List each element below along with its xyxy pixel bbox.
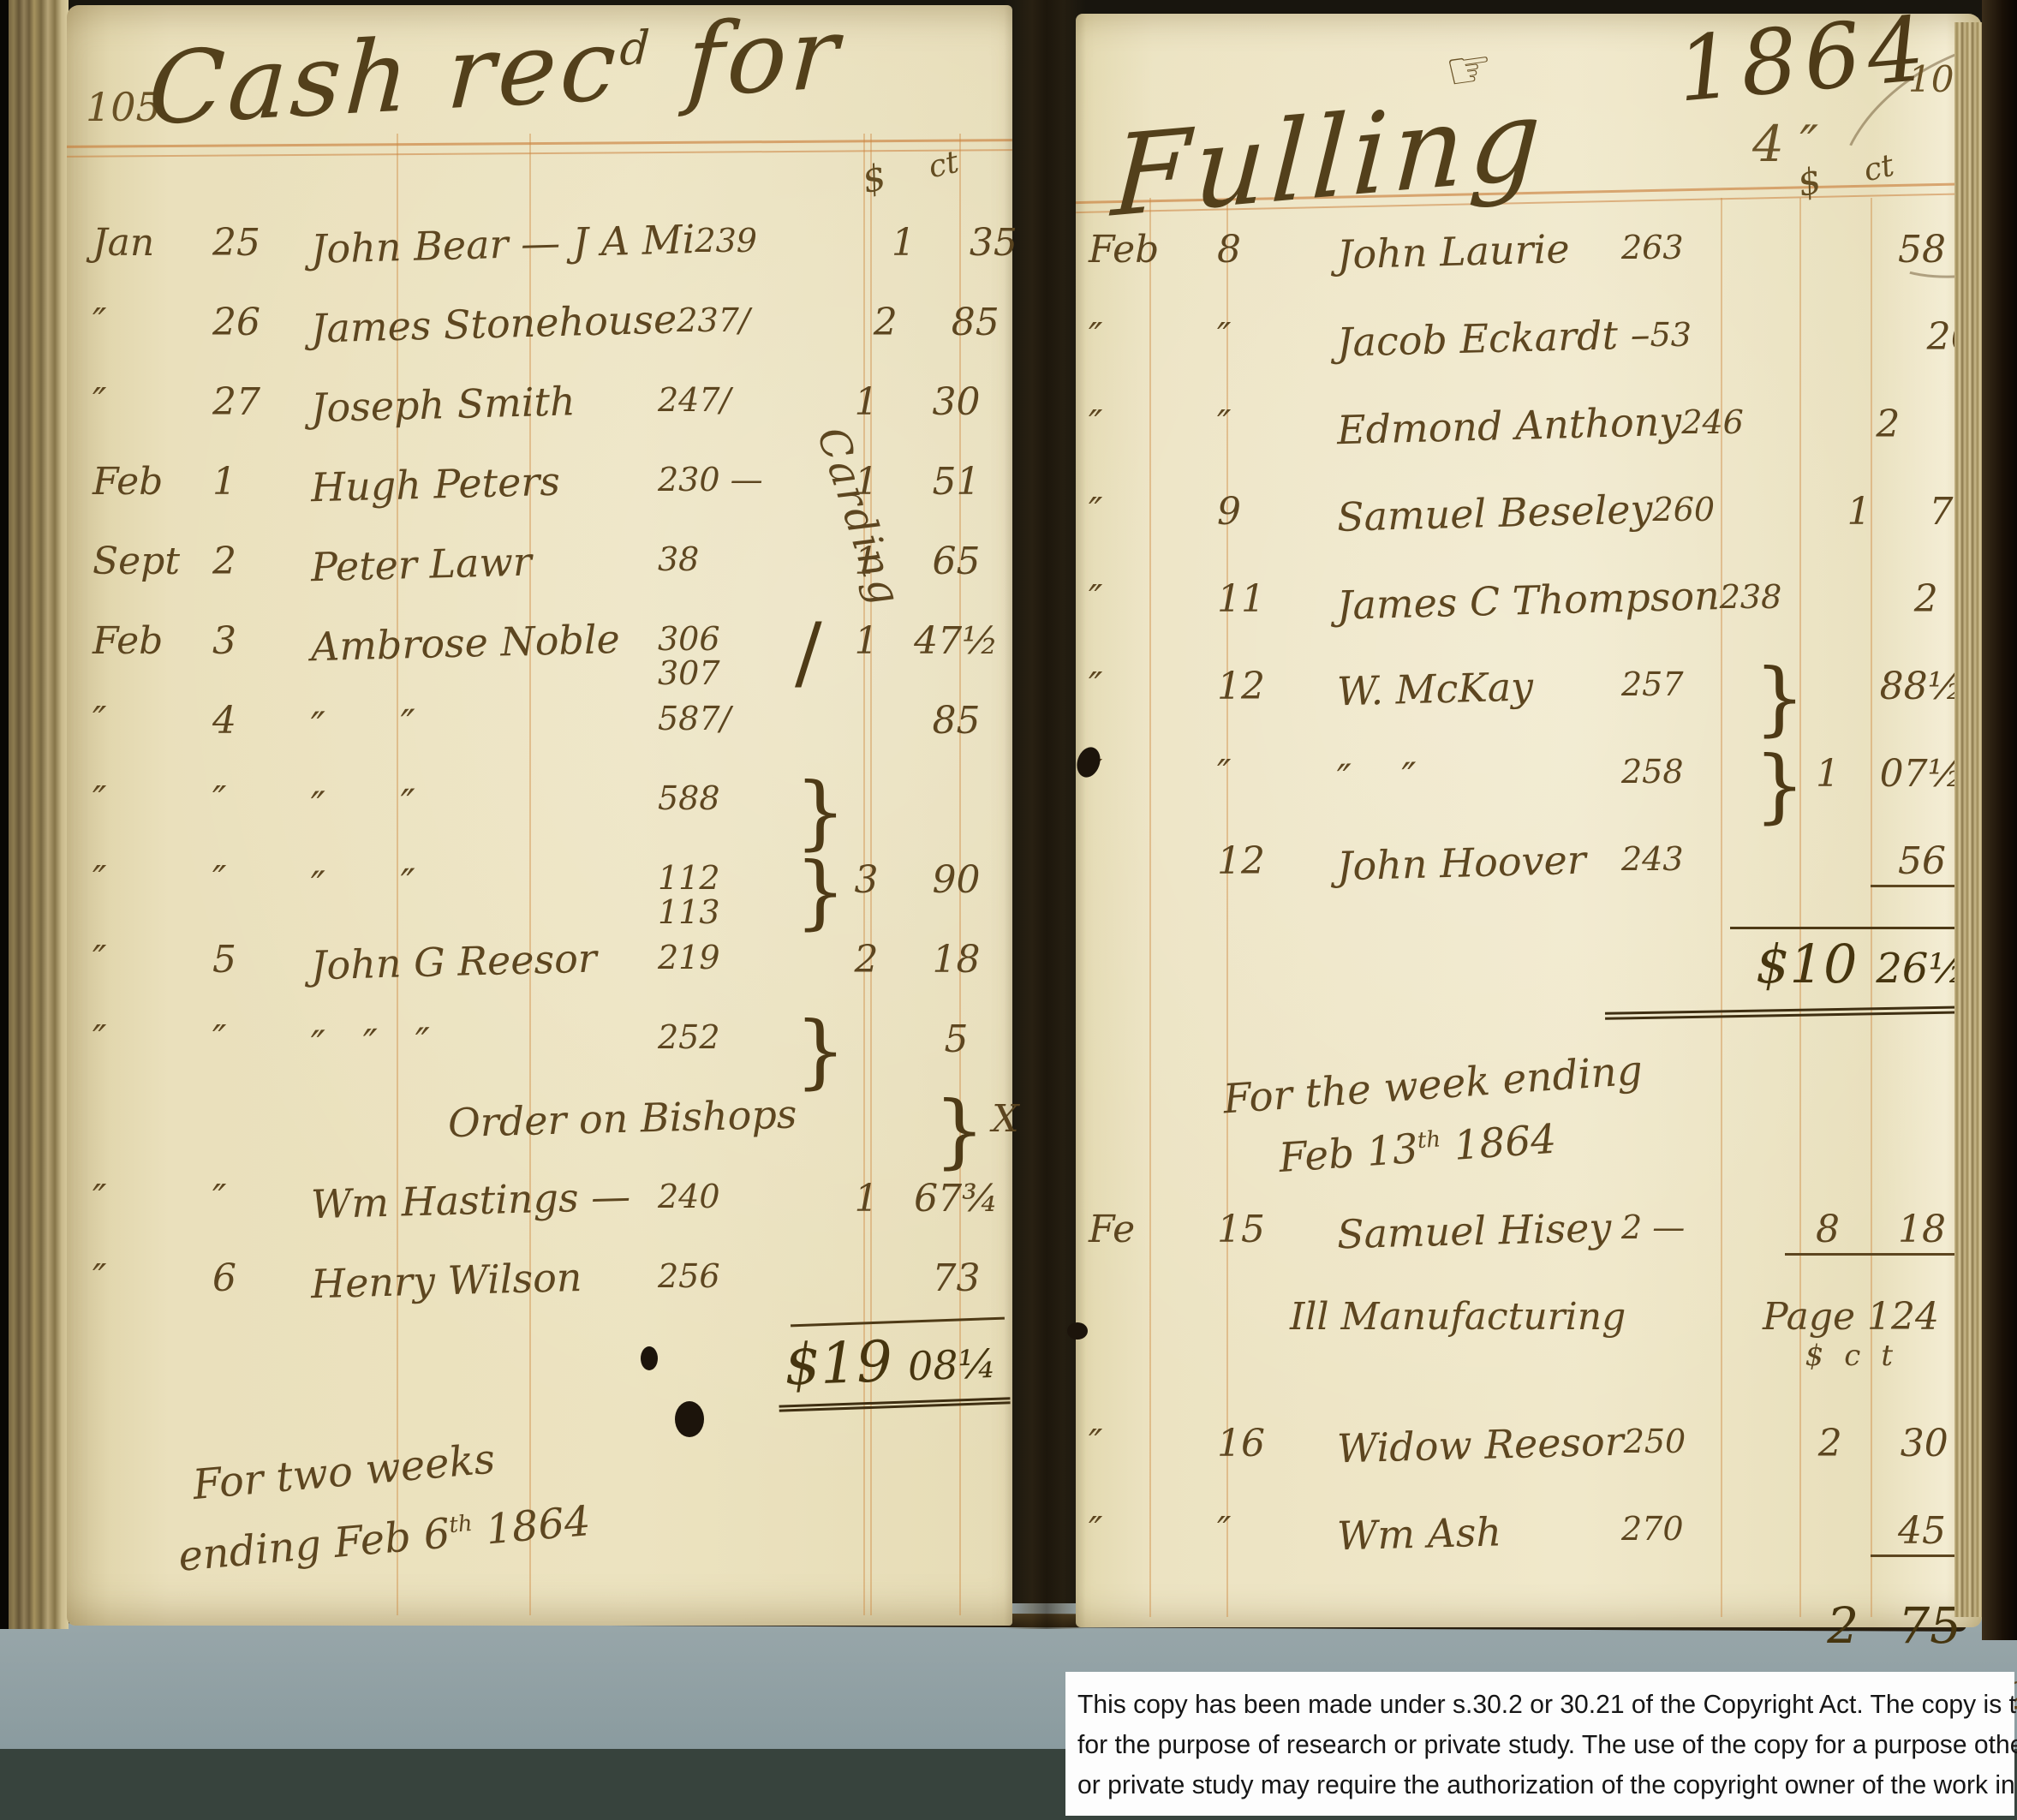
entry-name: John Laurie [1336,224,1621,278]
ledger-row: ″ ″ ″ ″ 112 113 } 3 90 [92,858,1006,938]
ledger-entries-left: Jan 25 John Bear — J A Mi 239 1 35 ″ 26 … [92,221,1006,1336]
subtotal-dollars: 2 [1827,1596,1859,1655]
copyright-line-3: or private study may require the authori… [1077,1764,1978,1805]
entries-week2: ″ 16 Widow Reesor 250 2 30 ″ ″ Wm Ash 27… [1089,1422,1973,1596]
entry-dollars: X [964,1097,1046,1141]
total-left: $19 08¼ [778,1321,1009,1408]
entry-name: Order on Bishops [310,1091,797,1150]
entry-name: John G Reesor [310,934,658,989]
entry-dollars: 1 [862,221,944,265]
entry-lot-number: 270 [1621,1509,1754,1547]
manufacturing-note: Ill Manufacturing Page 124 $ct [1290,1295,1973,1422]
entry-lot-number: 239 [695,221,832,259]
entry-name: James C Thompson [1336,572,1720,629]
entry-day: 5 [212,938,311,982]
entry-day: 26 [212,301,311,344]
entry-dollars: 2 [826,938,907,982]
ledger-scan: 105 Cash recd for $ct Carding Jan 25 Joh… [0,0,2017,1820]
entry-cents: 18 [907,938,1006,982]
total-dollars: $10 [1756,933,1857,995]
entry-day: 12 [1217,665,1337,708]
entry-dollars: 2 [844,301,926,344]
ledger-row: Feb 1 Hugh Peters 230 — 1 51 [92,460,1006,540]
entry-day: ″ [212,1177,311,1220]
entry-name: ″ ″ [310,695,658,750]
entry-name: Wm Ash [1336,1506,1621,1560]
entry-month: Feb [92,460,212,504]
ink-blot [675,1401,704,1437]
ledger-row: ″ 27 Joseph Smith 247/ 1 30 [92,380,1006,460]
entry-lot-number: 306 307 [658,619,795,691]
period-note-left: For two weeks ending Feb 6th 1864 [190,1417,594,1590]
ledger-row: ″ ″ Wm Ash 270 45 [1089,1509,1973,1596]
entry-lot-number: 2 — [1621,1208,1754,1245]
ledger-row: Feb 3 Ambrose Noble 306 307 / 1 47½ [92,619,1006,699]
entry-month: ″ [1089,1422,1217,1465]
entry-name: Samuel Beseley [1336,486,1653,540]
entry-lot-number: 258 [1621,752,1754,790]
entry-day: ″ [1217,752,1337,796]
entry-day: 4 [212,699,311,743]
entry-dollars: 1 [826,1177,907,1220]
page-title-left: Cash recd for [146,0,844,147]
entry-cents: 85 [926,301,1024,344]
entry-month: ″ [92,1177,212,1220]
entry-month: ″ [1089,577,1217,621]
ledger-row: ″ 5 John G Reesor 219 2 18 [92,938,1006,1017]
ledger-row: ″ 26 James Stonehouse 237/ 2 85 [92,301,1006,380]
ledger-row: ″ ″ ″ ″ 588 } [92,779,1006,858]
entry-name: Henry Wilson [310,1252,658,1308]
entry-lot-number: 263 [1621,228,1754,266]
entry-dollars: 2 [1787,1422,1873,1465]
copyright-notice: This copy has been made under s.30.2 or … [1065,1672,2014,1816]
entry-month: ″ [92,301,212,344]
entry-name: ″ ″ [1336,749,1621,803]
ledger-row: ″ ″ Wm Hastings — 240 1 67¾ [92,1177,1006,1256]
entry-cents: 35 [944,221,1042,265]
manufacturing-label: Ill Manufacturing [1290,1295,1626,1339]
entry-month: Feb [1089,228,1217,272]
entry-dollars: 3 [826,858,907,902]
page-title-right: Fulling [1109,73,1549,242]
ledger-row: ″ 4 ″ ″ 587/ 85 [92,699,1006,779]
entry-name: Hugh Peters [310,456,658,511]
entry-lot-number: 53 [1650,315,1783,353]
entry-lot-number: 240 [658,1177,795,1214]
entry-name: John Hoover [1336,836,1621,890]
entry-lot-number: 219 [658,938,795,976]
copyright-line-2: for the purpose of research or private s… [1077,1724,1978,1764]
entry-lot-number: 38 [658,540,795,577]
entry-month: ″ [92,1017,212,1061]
entry-lot-number: 588 [658,779,795,816]
entry-month: ″ [1089,490,1217,534]
entry-day: 25 [212,221,311,265]
copyright-line-1: This copy has been made under s.30.2 or … [1077,1684,1978,1724]
left-page-stack-edge [0,0,69,1629]
ledger-row: Jan 25 John Bear — J A Mi 239 1 35 [92,221,1006,301]
ledger-row: Feb 8 John Laurie 263 58 [1089,228,1973,315]
entry-day: ″ [1217,1509,1337,1553]
week-ending-note: For the week ending Feb 13th 1864 [1221,1017,1978,1221]
entry-day: ″ [212,779,311,822]
entry-cents: 65 [907,540,1006,583]
entry-lot-number: 250 [1624,1422,1757,1459]
book-cover-right [1982,0,2017,1640]
ledger-row: Sept 2 Peter Lawr 38 1 65 [92,540,1006,619]
subtotal-row: 2 75 [1089,1596,1973,1675]
entry-dollars: 1 [826,380,907,424]
entry-brace: } [795,779,826,847]
subtotal-cents: 75 [1898,1596,1961,1655]
ledger-row: ″ ″ Edmond Anthony 246 2 70 [1089,403,1973,490]
ledger-row: ″ 11 James C Thompson 238 2 62½ [1089,577,1973,665]
entry-name: Peter Lawr [310,535,658,591]
entry-month: ″ [1089,752,1217,796]
entry-brace: } [1754,752,1785,820]
entry-day: ″ [1217,315,1337,359]
right-page: ☞ 1864 106 Fulling 4 ″ $ct Feb 8 John La… [1076,14,1982,1627]
entry-day: 16 [1217,1422,1337,1465]
total-cents: 08¼ [907,1340,997,1390]
entry-lot-number: 243 [1621,839,1754,877]
entry-brace: } [795,858,826,927]
entry-day: 12 [1217,839,1337,883]
entry-day: 8 [1217,228,1337,272]
entry-cents: 5 [907,1017,1006,1061]
entries-hisey: Fe 15 Samuel Hisey 2 — 8 18 [1089,1208,1973,1295]
entry-month: Feb [92,619,212,663]
ledger-entries-right: Feb 8 John Laurie 263 58 ″ ″ Jacob Eckar… [1089,228,1973,1763]
entry-lot-number: 112 113 [658,858,795,930]
entry-month: ″ [1089,1509,1217,1553]
entry-name: Ambrose Noble [310,615,658,671]
entry-brace: / [795,619,826,688]
entry-lot-number [797,1097,934,1101]
entry-lot-number: 246 [1681,403,1814,440]
page-reference: Page 124 [1763,1295,1939,1339]
entry-month: ″ [92,858,212,902]
entry-cents: 67¾ [907,1177,1006,1220]
entry-name: Widow Reesor [1336,1418,1624,1472]
entry-month: ″ [92,779,212,822]
entry-dollars: 1 [1785,752,1871,796]
entry-dollars: 8 [1785,1208,1871,1256]
entry-month: ″ [92,1256,212,1300]
entry-lot-number: 257 [1621,665,1754,702]
entry-name: Jacob Eckardt – [1336,311,1650,366]
entry-day: 1 [212,460,311,504]
ledger-row: 12 John Hoover 243 56 [1089,839,1973,927]
entry-month: ″ [92,699,212,743]
ledger-row: ″ ″ ″ ″ ″ 252 } 5 [92,1017,1006,1097]
total-heavy-rule [1605,1005,1973,1020]
ledger-row: Fe 15 Samuel Hisey 2 — 8 18 [1089,1208,1973,1295]
entry-name: Wm Hastings — [310,1173,658,1228]
entry-month: ″ [1089,315,1217,359]
ink-blot [1067,1322,1088,1340]
entry-dollars: 2 [1845,403,1930,446]
entry-month: ″ [92,380,212,424]
entry-month: ″ [1089,403,1217,446]
entry-brace: } [934,1097,964,1166]
ledger-row: ″ 12 W. McKay 257 } 88½ [1089,665,1973,752]
entries-week1: Feb 8 John Laurie 263 58 ″ ″ Jacob Eckar… [1089,228,1973,927]
entry-dollars: 1 [826,540,907,583]
entry-brace: } [795,1017,826,1086]
entry-dollars: 1 [1817,490,1902,534]
ledger-row: Order on Bishops } X [92,1097,1006,1177]
ledger-row: ″ ″ ″ ″ 258 } 1 07½ [1089,752,1973,839]
entry-day: 27 [212,380,311,424]
entry-month: Fe [1089,1208,1217,1251]
entry-month: ″ [1089,665,1217,708]
entry-cents: 51 [907,460,1006,504]
entry-cents: 90 [907,858,1006,902]
entry-month: Jan [92,221,212,265]
ledger-row: ″ ″ Jacob Eckardt – 53 20 [1089,315,1973,403]
entry-day: ″ [212,858,311,902]
entry-month: ″ [92,938,212,982]
entry-day: 2 [212,540,311,583]
entry-dollars: 1 [826,619,907,663]
entry-day: 6 [212,1256,311,1300]
entry-lot-number: 260 [1653,490,1786,528]
ink-blot [641,1346,658,1370]
entry-name: Edmond Anthony [1336,398,1682,454]
entry-day: 3 [212,619,311,663]
entry-name: Joseph Smith [310,376,658,432]
right-page-stack-edge [1954,22,1984,1617]
ledger-row: ″ 16 Widow Reesor 250 2 30 [1089,1422,1973,1509]
entry-name: James Stonehouse [310,295,677,351]
entry-lot-number: 230 — [658,460,795,498]
total-dollars: $19 [784,1328,894,1398]
entry-name: ″ ″ [310,774,658,830]
entry-brace: } [1754,665,1785,733]
entry-cents: 73 [907,1256,1006,1300]
left-page: 105 Cash recd for $ct Carding Jan 25 Joh… [67,5,1012,1626]
entry-lot-number: 238 [1720,577,1853,615]
entry-day: 11 [1217,577,1337,621]
entry-lot-number: 256 [658,1256,795,1294]
entry-lot-number: 587/ [658,699,795,737]
entry-name: ″ ″ ″ [310,1013,658,1069]
total-right: $10 26½ [1089,927,1973,1028]
entry-lot-number: 237/ [677,301,814,338]
entry-cents: 85 [907,699,1006,743]
ledger-row: ″ 9 Samuel Beseley 260 1 70 [1089,490,1973,577]
entry-name: Samuel Hisey [1336,1204,1621,1258]
entry-name: John Bear — J A Mi [310,216,695,272]
entry-day: 9 [1217,490,1337,534]
entry-cents: 30 [907,380,1006,424]
entry-day: ″ [212,1017,311,1061]
entry-day: ″ [1217,403,1337,446]
entry-lot-number: 247/ [658,380,795,418]
entry-dollars: 1 [826,460,907,504]
entry-cents: 47½ [907,619,1006,663]
entry-name: W. McKay [1336,661,1621,715]
entry-month: Sept [92,540,212,583]
entry-name: ″ ″ [310,854,658,910]
entry-lot-number: 252 [658,1017,795,1055]
